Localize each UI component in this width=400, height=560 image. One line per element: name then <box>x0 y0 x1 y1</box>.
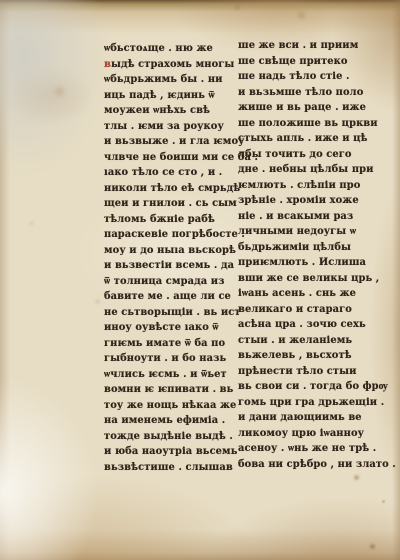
manuscript-line: бавите ме . аще ли се <box>104 289 230 305</box>
manuscript-line: вьзвѣстише . слышав <box>104 460 230 476</box>
manuscript-line: моу и до ныıа вьскорѣ <box>104 243 230 259</box>
manuscript-line: тоу же нощь нѣкаа же <box>104 398 230 414</box>
manuscript-line: щеи и гнилои . сь сым <box>104 196 230 212</box>
manuscript-left-column: ѡбьстоѧще . ню жевыдѣ страхомь многыѡбьд… <box>104 41 230 475</box>
manuscript-line: ѿ толница смрада из <box>104 274 230 290</box>
manuscript-line: прѣнести тѣло стыи <box>238 364 368 380</box>
manuscript-right-column: ше же вси . и приимше свѣще притекоше на… <box>238 38 368 472</box>
parchment-stains <box>0 0 3 3</box>
manuscript-line: тѣломь бжніе рабѣ <box>104 212 230 228</box>
manuscript-line: гнѥмь имате ѿ ба по <box>104 336 230 352</box>
manuscript-line: великаго и стараго <box>238 302 368 318</box>
manuscript-line: ѥмлють . слѣпіи про <box>238 178 368 194</box>
manuscript-line: вьжелевь , вьсхотѣ <box>238 348 368 364</box>
manuscript-line: ше свѣще притеко <box>238 54 368 70</box>
manuscript-line: николи тѣло еѣ смрьдѣ <box>104 181 230 197</box>
manuscript-line: дне . небны цѣлбы при <box>238 162 368 178</box>
manuscript-line: приѥмлють . Ислиша <box>238 255 368 271</box>
manuscript-line: и вьзвыже . и гла ѥмоу <box>104 134 230 150</box>
manuscript-line: бьдрьжиміи цѣлбы <box>238 240 368 256</box>
manuscript-line: ıако тѣло се сто , и . <box>104 165 230 181</box>
manuscript-line: и вьзьмше тѣло поло <box>238 85 368 101</box>
manuscript-line: вомни ѥ ѥпивати . вь <box>104 382 230 398</box>
manuscript-line: асѣна цра . зочю сехь <box>238 317 368 333</box>
manuscript-line: иць падѣ , ѥдинь ѿ <box>104 88 230 104</box>
manuscript-line: члвче не боиши ми се ба . <box>104 150 230 166</box>
manuscript-line: ѡбьдрьжимь бы . ни <box>104 72 230 88</box>
manuscript-line: ніе . и всакыми раз <box>238 209 368 225</box>
manuscript-line: тлы . ѥми за роукоу <box>104 119 230 135</box>
manuscript-line: асеноу . ѡнь же не трѣ . <box>238 441 368 457</box>
manuscript-line: ѡбьстоѧще . ню же <box>104 41 230 57</box>
manuscript-line: зрѣніе . хроміи хоже <box>238 193 368 209</box>
manuscript-line: гыбноути . и бо назь <box>104 351 230 367</box>
manuscript-line: стыи . и желаніемь <box>238 333 368 349</box>
manuscript-line: ѡчлись ѥсмь . и ѿьет <box>104 367 230 383</box>
manuscript-line: и вьзвестіи всемь . да <box>104 258 230 274</box>
manuscript-line: вши же се великы црь , <box>238 271 368 287</box>
manuscript-line: иноу оувѣсте ıако ѿ <box>104 320 230 336</box>
manuscript-line: личными недоугы ѡ <box>238 224 368 240</box>
manuscript-line: моужеи ѡнѣхь свѣ <box>104 103 230 119</box>
manuscript-line: вь свои си . тогда бо фрѹ <box>238 379 368 395</box>
manuscript-line: бова ни срѣбро , ни злато . <box>238 457 368 473</box>
manuscript-line: гомь цри гра дрьжещіи . <box>238 395 368 411</box>
manuscript-line: стыхь апль . иже и цѣ <box>238 131 368 147</box>
manuscript-page: ѡбьстоѧще . ню жевыдѣ страхомь многыѡбьд… <box>0 0 400 560</box>
manuscript-line: ликомоу црю іѡанноу <box>238 426 368 442</box>
manuscript-line: тожде выдѣніе выдѣ . <box>104 429 230 445</box>
manuscript-line: и юба наоутріа вьсемь <box>104 444 230 460</box>
manuscript-line: не сьтворыщіи . вь ист <box>104 305 230 321</box>
manuscript-line: на именемь ефиміа . <box>104 413 230 429</box>
manuscript-line: лбы точить до сего <box>238 147 368 163</box>
rubric-initial: в <box>104 58 111 70</box>
manuscript-line: ше положише вь цркви <box>238 116 368 132</box>
manuscript-line: ше же вси . и приим <box>238 38 368 54</box>
manuscript-line: іѡань асень . снь же <box>238 286 368 302</box>
manuscript-line: жише и вь раце . иже <box>238 100 368 116</box>
manuscript-line: выдѣ страхомь многы <box>104 57 230 73</box>
manuscript-line: и дани дающиимь ве <box>238 410 368 426</box>
manuscript-line: параскевіе погрѣбосте . <box>104 227 230 243</box>
manuscript-line: ше надь тѣло стіе . <box>238 69 368 85</box>
